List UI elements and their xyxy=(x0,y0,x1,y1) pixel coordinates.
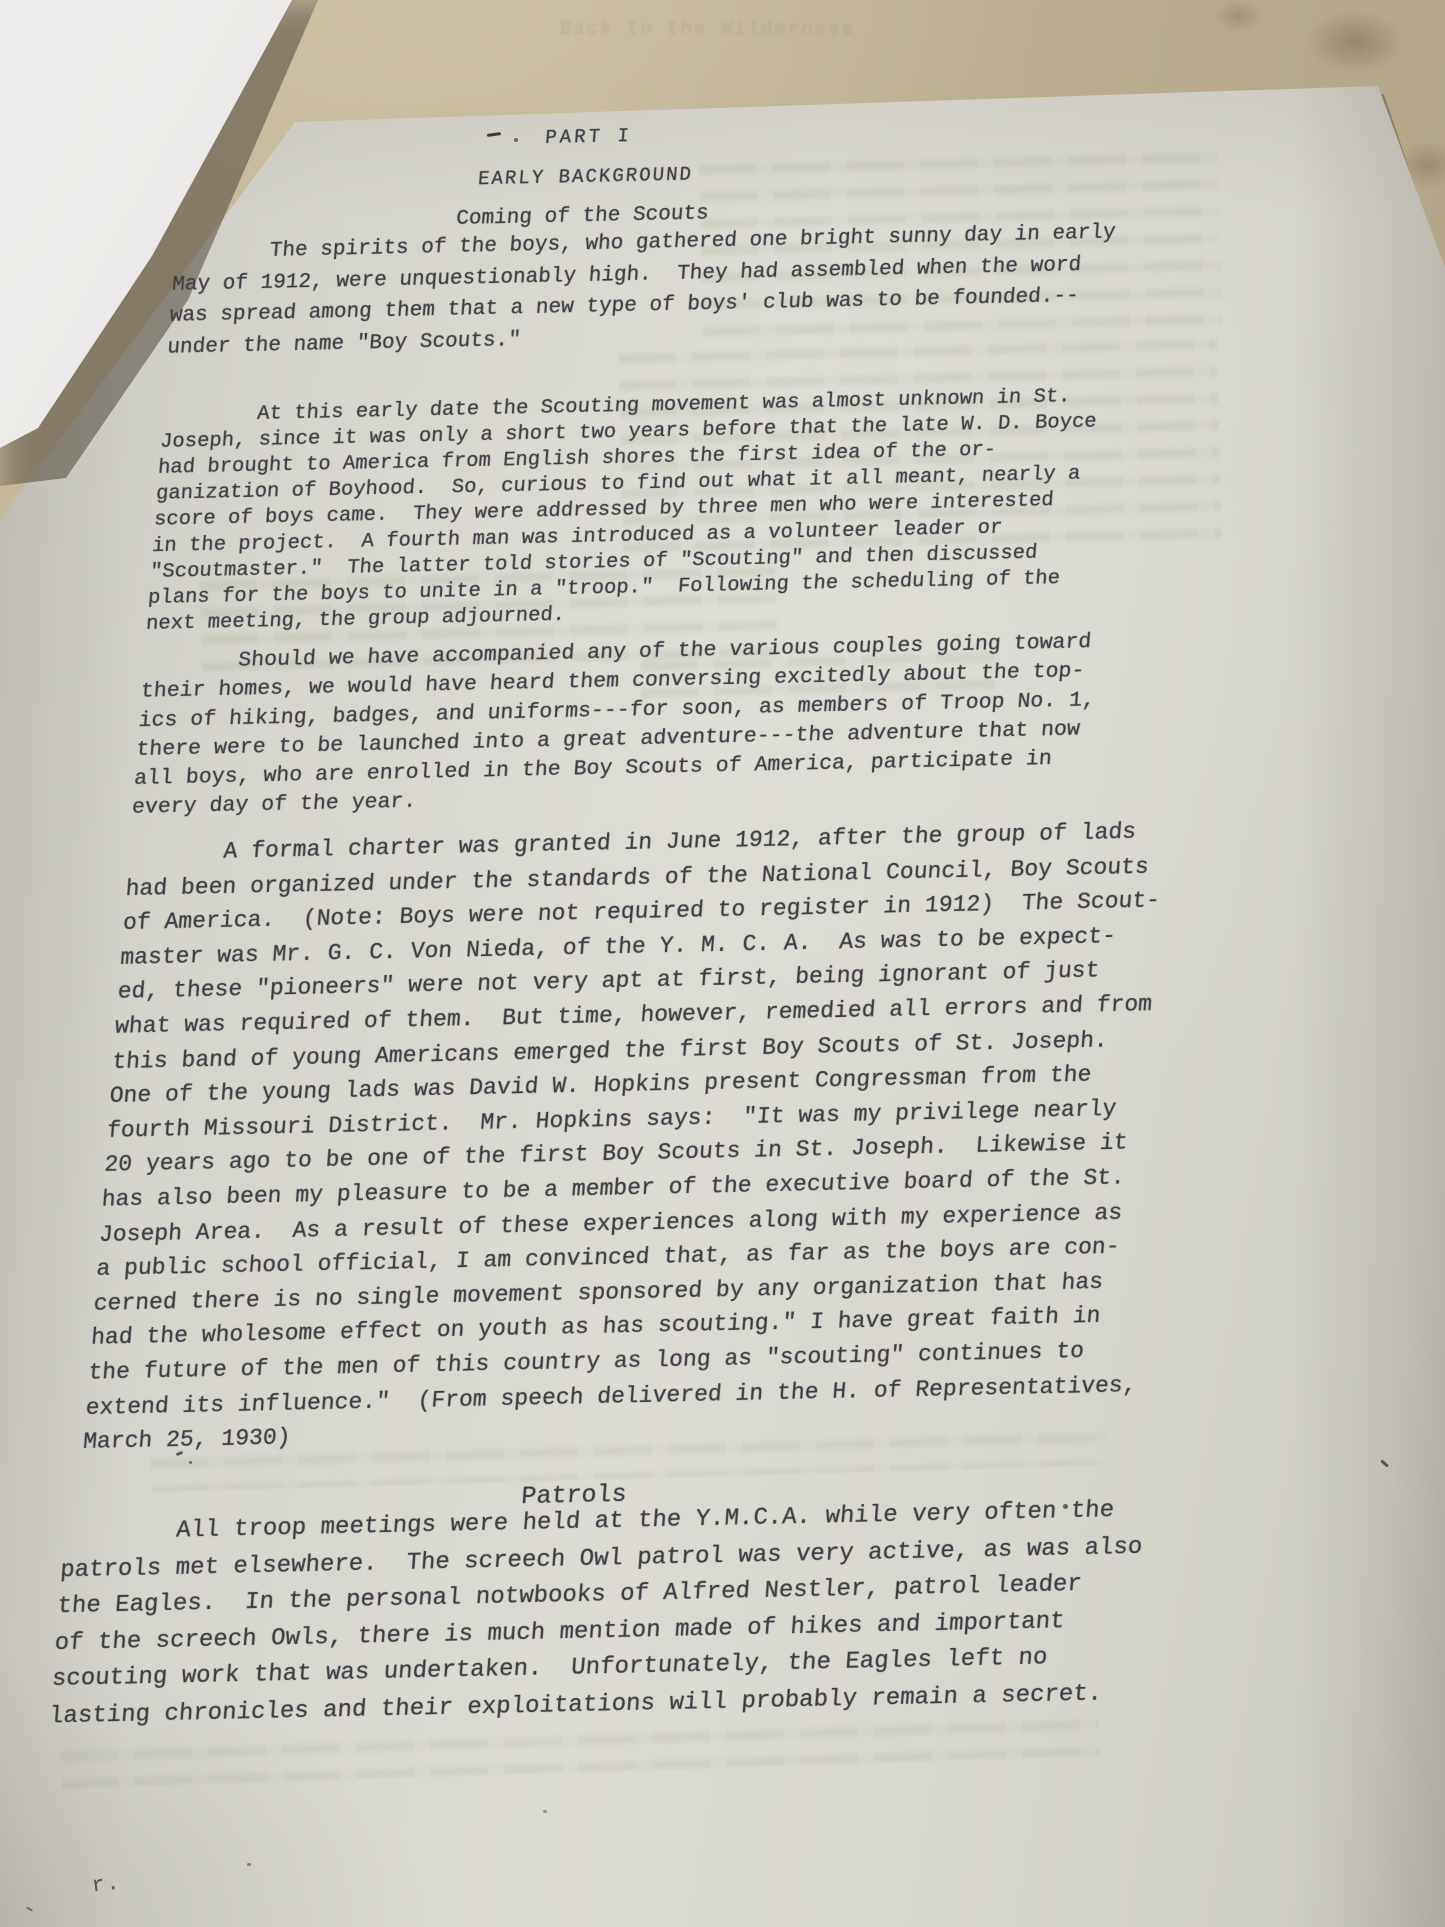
paragraph-1: The spirits of the boys, who gathered on… xyxy=(166,217,1117,363)
ink-speck xyxy=(543,1810,547,1813)
paragraph-4: A formal charter was granted in June 191… xyxy=(82,814,1181,1460)
bleedthrough-title: Back to the Wilderness xyxy=(559,18,855,40)
ink-speck xyxy=(1063,1504,1068,1509)
ink-speck xyxy=(189,1461,192,1464)
photo-of-typewritten-document: Back to the Wilderness PART I EARLY BACK… xyxy=(0,0,1445,1927)
pencil-mark: r. xyxy=(91,1873,122,1899)
paragraph-2: At this early date the Scouting movement… xyxy=(145,384,1100,638)
patrols-paragraph: All troop meetings were held at the Y.M.… xyxy=(48,1493,1147,1736)
typed-text-block: PART I EARLY BACKGROUND Coming of the Sc… xyxy=(0,86,1445,1918)
ink-speck xyxy=(247,1863,251,1866)
ink-speck xyxy=(514,138,518,142)
paragraph-3: Should we have accompanied any of the va… xyxy=(131,628,1101,823)
